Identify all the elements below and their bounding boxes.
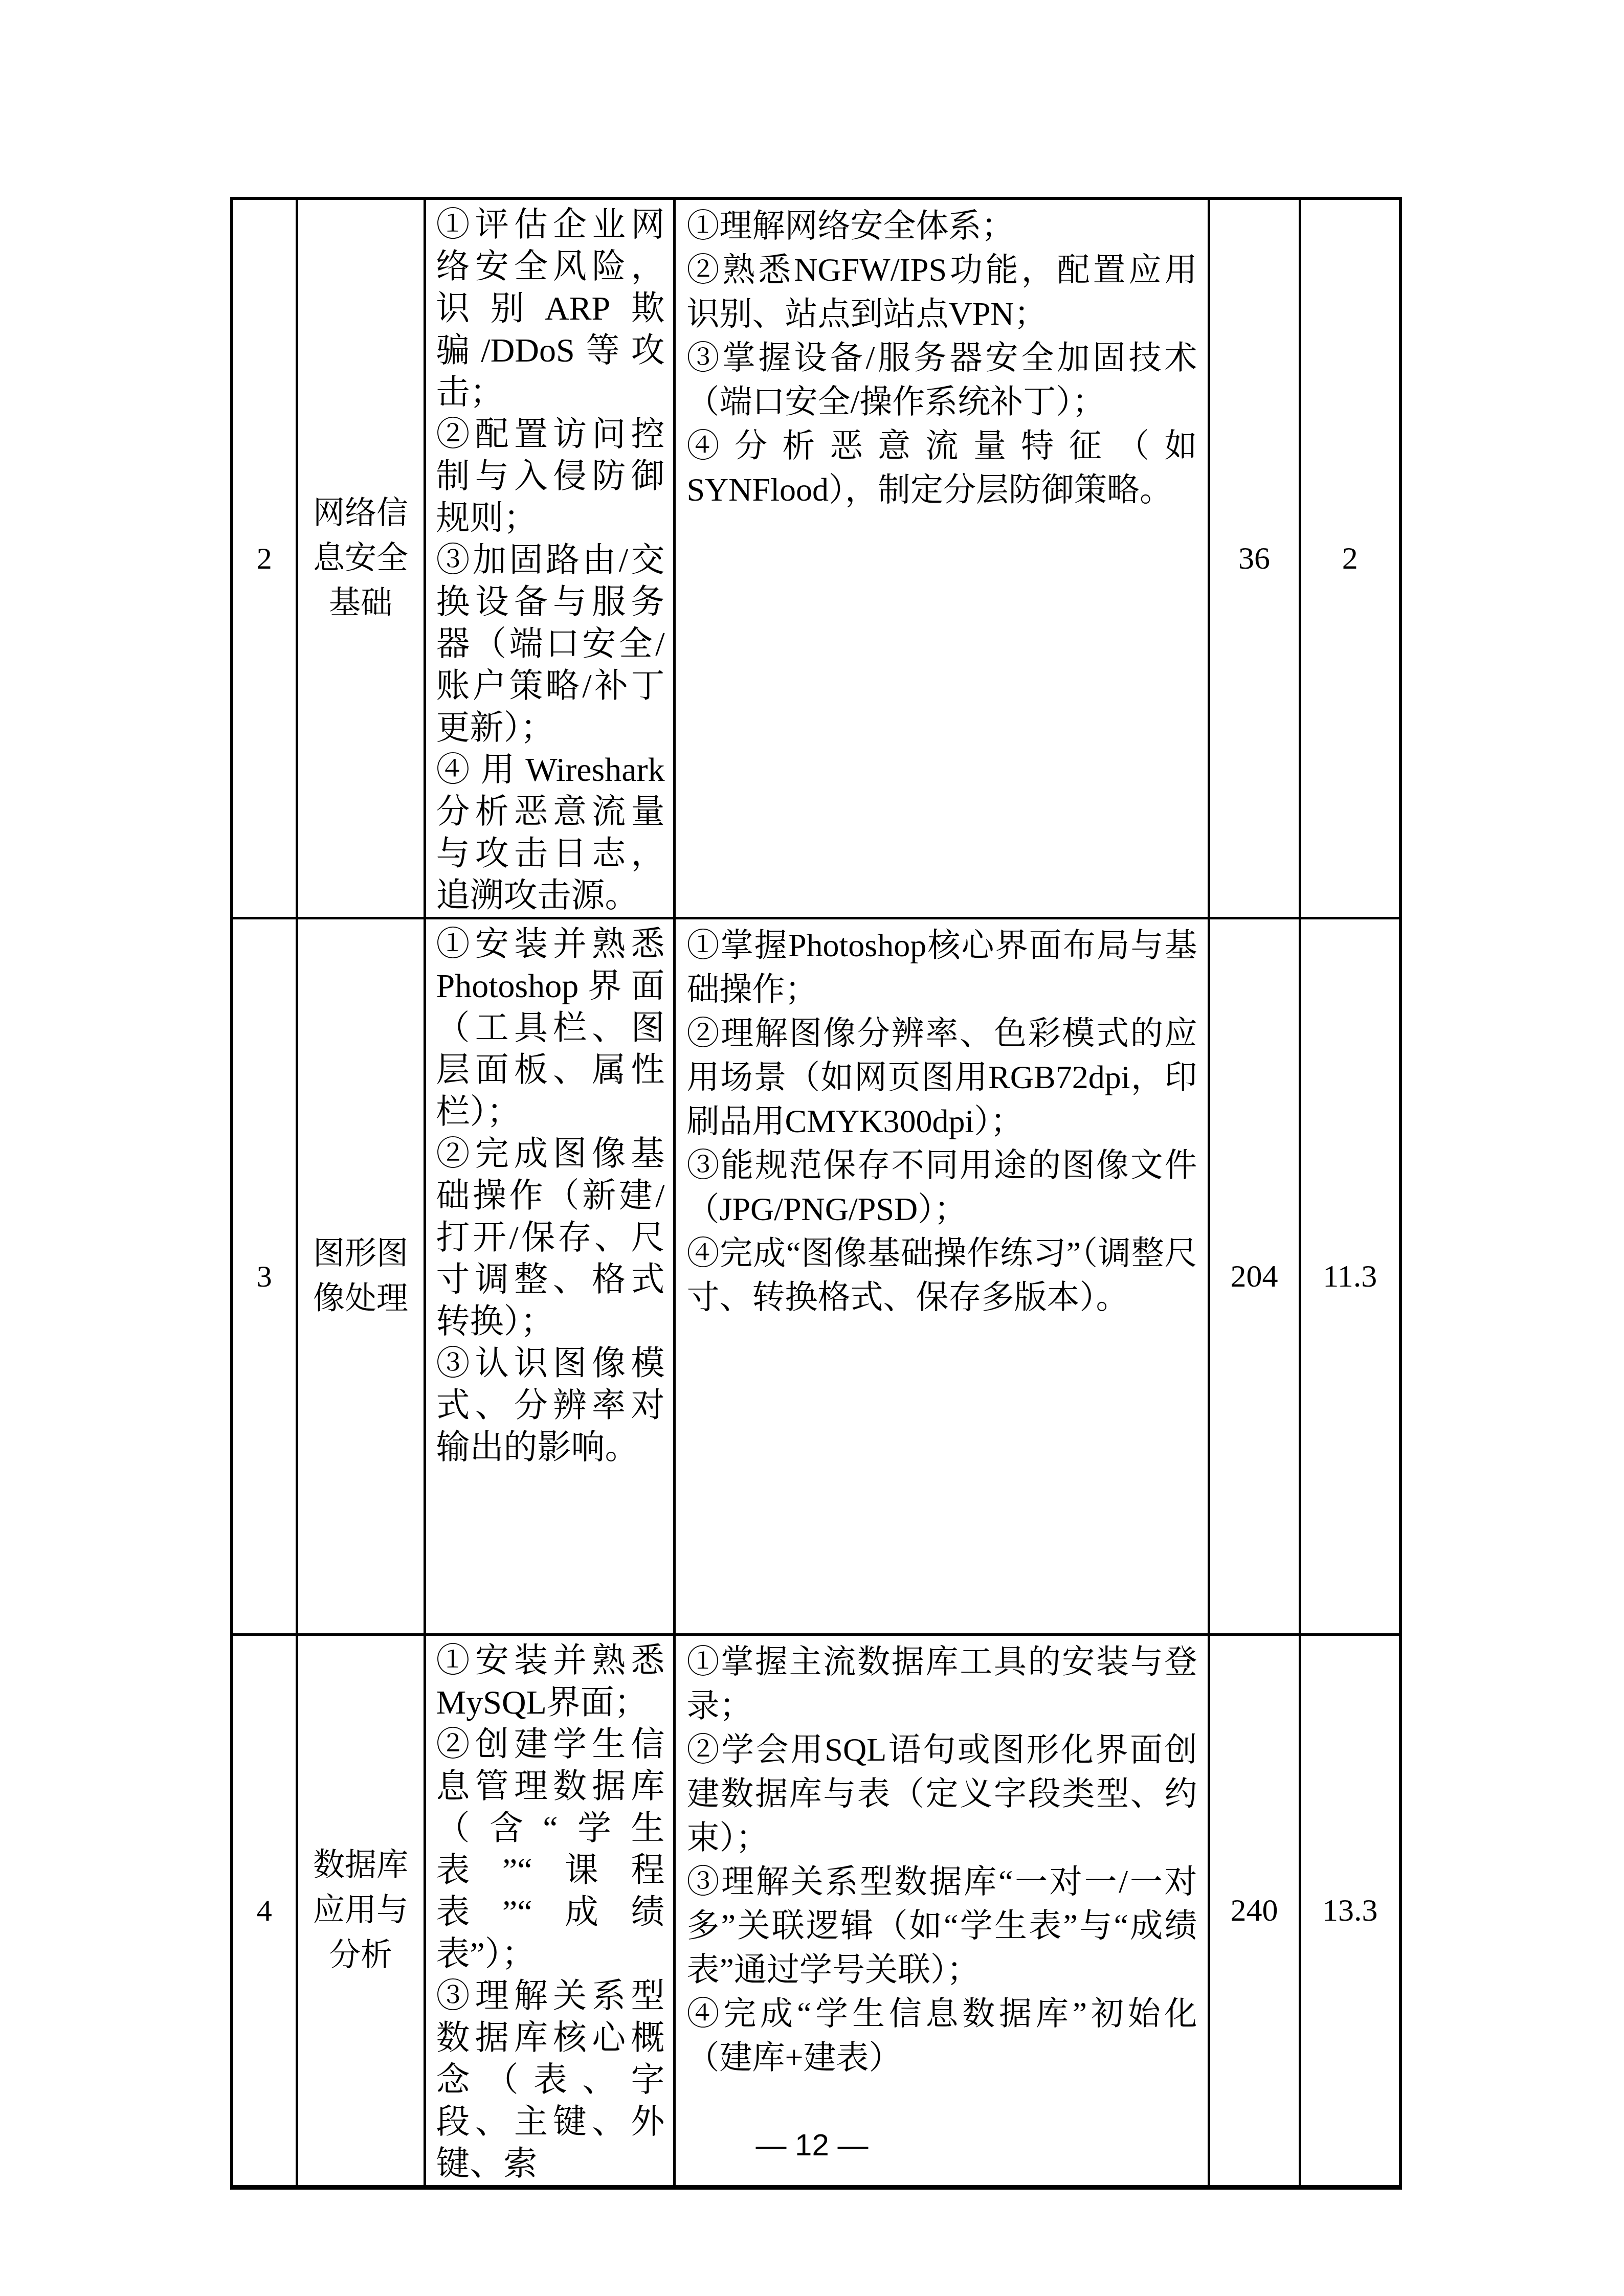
row-number-cell: 4 (232, 1635, 297, 2188)
requirements-cell: ①掌握Photoshop核心界面布局与基础操作；②理解图像分辨率、色彩模式的应用… (674, 918, 1209, 1635)
text-item: ①掌握主流数据库工具的安装与登录； (687, 1640, 1197, 1728)
text-item: ②配置访问控制与入侵防御规则； (436, 414, 665, 539)
category-cell: 数据库应用与分析 (297, 1635, 425, 2188)
category-text: 数据库应用与分析 (313, 1843, 408, 1978)
requirements-cell: ①掌握主流数据库工具的安装与登录；②学会用SQL语句或图形化界面创建数据库与表（… (674, 1635, 1209, 2188)
category-cell: 图形图像处理 (297, 918, 425, 1635)
table-row: 2 网络信息安全基础 ①评估企业网络安全风险，识别ARP欺骗/DDoS等攻击；②… (232, 198, 1400, 918)
text-item: ②学会用SQL语句或图形化界面创建数据库与表（定义字段类型、约束）； (687, 1728, 1197, 1860)
category-text: 网络信息安全基础 (313, 491, 408, 626)
text-item: ②理解图像分辨率、色彩模式的应用场景（如网页图用RGB72dpi，印刷品用CMY… (687, 1011, 1197, 1143)
tasks-cell: ①安装并熟悉Photoshop界面（工具栏、图层面板、属性栏）；②完成图像基础操… (425, 918, 674, 1635)
text-item: ④用Wireshark分析恶意流量与攻击日志，追溯攻击源。 (436, 749, 665, 917)
row-number-cell: 2 (232, 198, 297, 918)
percent-cell: 13.3 (1300, 1635, 1400, 2188)
document-page: 2 网络信息安全基础 ①评估企业网络安全风险，识别ARP欺骗/DDoS等攻击；②… (0, 0, 1624, 2296)
text-item: ②熟悉NGFW/IPS功能，配置应用识别、站点到站点VPN； (687, 248, 1197, 336)
hours-cell: 36 (1209, 198, 1300, 918)
row-number-cell: 3 (232, 918, 297, 1635)
text-item: ④分析恶意流量特征（如SYNFlood），制定分层防御策略。 (687, 424, 1197, 512)
text-item: ①安装并熟悉Photoshop界面（工具栏、图层面板、属性栏）； (436, 924, 665, 1133)
page-number: — 12 — (0, 2127, 1624, 2163)
table-row: 4 数据库应用与分析 ①安装并熟悉MySQL界面；②创建学生信息管理数据库（含“… (232, 1635, 1400, 2188)
text-item: ①掌握Photoshop核心界面布局与基础操作； (687, 924, 1197, 1011)
hours-cell: 240 (1209, 1635, 1300, 2188)
percent-cell: 11.3 (1300, 918, 1400, 1635)
table-row: 3 图形图像处理 ①安装并熟悉Photoshop界面（工具栏、图层面板、属性栏）… (232, 918, 1400, 1635)
text-item: ③认识图像模式、分辨率对输出的影响。 (436, 1343, 665, 1469)
text-item: ④完成“学生信息数据库”初始化（建库+建表） (687, 1992, 1197, 2080)
curriculum-table: 2 网络信息安全基础 ①评估企业网络安全风险，识别ARP欺骗/DDoS等攻击；②… (230, 197, 1402, 2190)
text-item: ①安装并熟悉MySQL界面； (436, 1640, 665, 1724)
text-item: ①评估企业网络安全风险，识别ARP欺骗/DDoS等攻击； (436, 204, 665, 414)
tasks-cell: ①安装并熟悉MySQL界面；②创建学生信息管理数据库（含“学生表”“课程表”“成… (425, 1635, 674, 2188)
text-item: ③加固路由/交换设备与服务器（端口安全/账户策略/补丁更新）； (436, 539, 665, 749)
text-item: ②完成图像基础操作（新建/打开/保存、尺寸调整、格式转换）； (436, 1133, 665, 1343)
text-item: ④完成“图像基础操作练习”（调整尺寸、转换格式、保存多版本）。 (687, 1231, 1197, 1319)
requirements-cell: ①理解网络安全体系；②熟悉NGFW/IPS功能，配置应用识别、站点到站点VPN；… (674, 198, 1209, 918)
text-item: ③掌握设备/服务器安全加固技术（端口安全/操作系统补丁）； (687, 336, 1197, 424)
text-item: ③理解关系型数据库“一对一/一对多”关联逻辑（如“学生表”与“成绩表”通过学号关… (687, 1860, 1197, 1992)
category-cell: 网络信息安全基础 (297, 198, 425, 918)
percent-cell: 2 (1300, 198, 1400, 918)
text-item: ③能规范保存不同用途的图像文件（JPG/PNG/PSD）； (687, 1143, 1197, 1231)
category-text: 图形图像处理 (313, 1231, 408, 1321)
hours-cell: 204 (1209, 918, 1300, 1635)
tasks-cell: ①评估企业网络安全风险，识别ARP欺骗/DDoS等攻击；②配置访问控制与入侵防御… (425, 198, 674, 918)
text-item: ②创建学生信息管理数据库（含“学生表”“课程表”“成绩表”）； (436, 1724, 665, 1975)
text-item: ①理解网络安全体系； (687, 204, 1197, 248)
